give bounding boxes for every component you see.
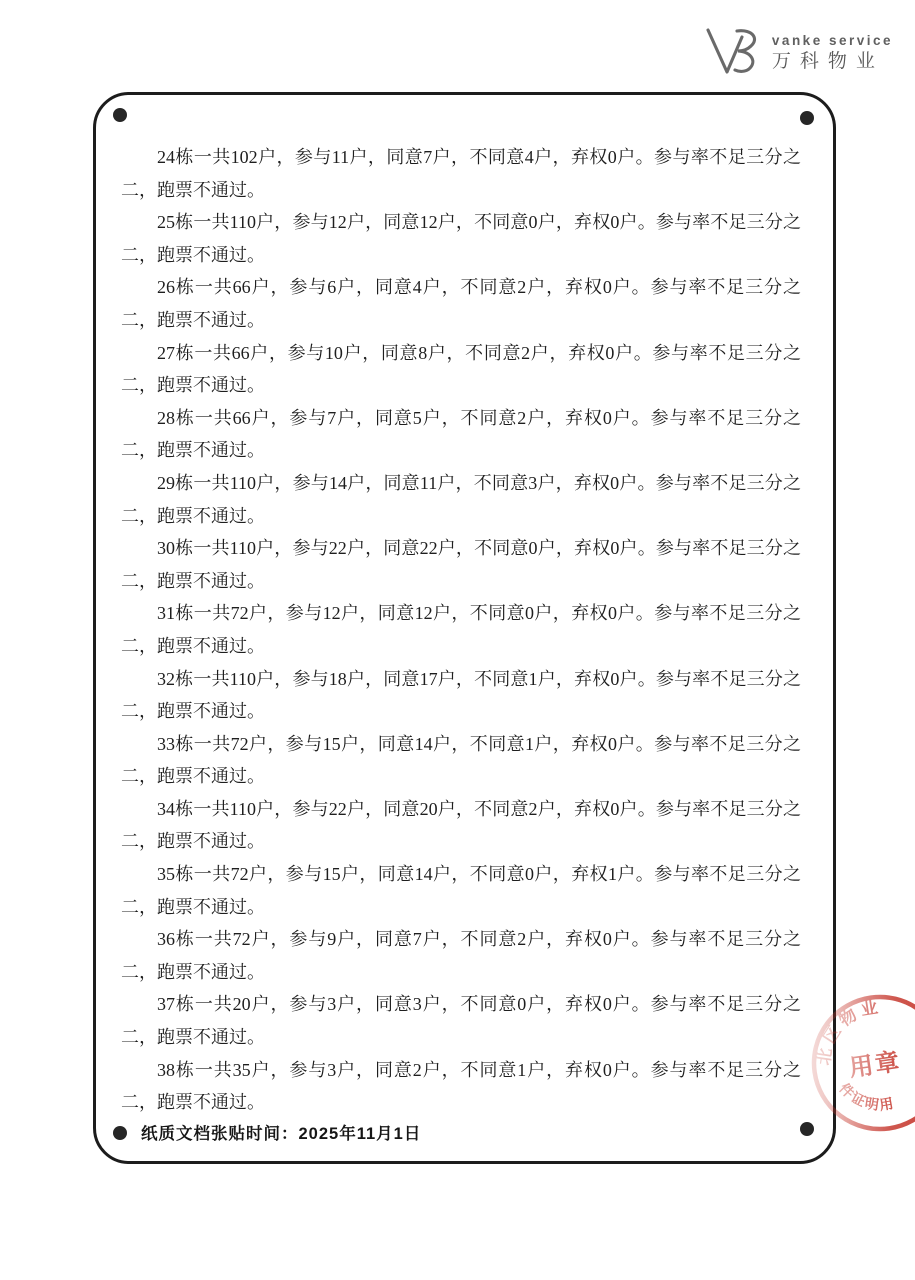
paragraph: 25栋一共110户，参与12户，同意12户，不同意0户，弃权0户。参与率不足三分…	[121, 206, 801, 271]
paragraph-list: 24栋一共102户，参与11户，同意7户，不同意4户，弃权0户。参与率不足三分之…	[121, 141, 801, 1119]
corner-dot-top-left	[113, 108, 127, 122]
paragraph: 38栋一共35户，参与3户，同意2户，不同意1户，弃权0户。参与率不足三分之二，…	[121, 1054, 801, 1119]
paragraph: 36栋一共72户，参与9户，同意7户，不同意2户，弃权0户。参与率不足三分之二，…	[121, 923, 801, 988]
paragraph: 26栋一共66户，参与6户，同意4户，不同意2户，弃权0户。参与率不足三分之二，…	[121, 271, 801, 336]
paragraph: 28栋一共66户，参与7户，同意5户，不同意2户，弃权0户。参与率不足三分之二，…	[121, 402, 801, 467]
paragraph: 35栋一共72户，参与15户，同意14户，不同意0户，弃权1户。参与率不足三分之…	[121, 858, 801, 923]
vanke-vs-logo-icon	[706, 26, 762, 81]
seal-bottom-text: 件证明用	[835, 1074, 897, 1119]
paragraph: 32栋一共110户，参与18户，同意17户，不同意1户，弃权0户。参与率不足三分…	[121, 663, 801, 728]
logo-name-cn: 万科物业	[772, 52, 893, 73]
paragraph: 33栋一共72户，参与15户，同意14户，不同意1户，弃权0户。参与率不足三分之…	[121, 728, 801, 793]
seal-center-text: 用章	[847, 1047, 902, 1082]
logo-text: vanke service 万科物业	[772, 34, 893, 73]
paragraph: 31栋一共72户，参与12户，同意12户，不同意0户，弃权0户。参与率不足三分之…	[121, 597, 801, 662]
paragraph: 30栋一共110户，参与22户，同意22户，不同意0户，弃权0户。参与率不足三分…	[121, 532, 801, 597]
paragraph: 37栋一共20户，参与3户，同意3户，不同意0户，弃权0户。参与率不足三分之二，…	[121, 988, 801, 1053]
logo-name-en: vanke service	[772, 34, 893, 49]
scanned-document-page: vanke service 万科物业 24栋一共102户，参与11户，同意7户，…	[0, 0, 915, 1280]
paragraph: 34栋一共110户，参与22户，同意20户，不同意2户，弃权0户。参与率不足三分…	[121, 793, 801, 858]
posting-date-line: 纸质文档张贴时间：2025年11月1日	[141, 1120, 421, 1144]
vanke-logo: vanke service 万科物业	[706, 26, 893, 81]
paragraph: 24栋一共102户，参与11户，同意7户，不同意4户，弃权0户。参与率不足三分之…	[121, 141, 801, 206]
document-frame: 24栋一共102户，参与11户，同意7户，不同意4户，弃权0户。参与率不足三分之…	[93, 92, 836, 1164]
corner-dot-top-right	[800, 111, 814, 125]
corner-dot-bottom-right	[800, 1122, 814, 1136]
paragraph: 29栋一共110户，参与14户，同意11户，不同意3户，弃权0户。参与率不足三分…	[121, 467, 801, 532]
corner-dot-bottom-left	[113, 1126, 127, 1140]
paragraph: 27栋一共66户，参与10户，同意8户，不同意2户，弃权0户。参与率不足三分之二…	[121, 337, 801, 402]
